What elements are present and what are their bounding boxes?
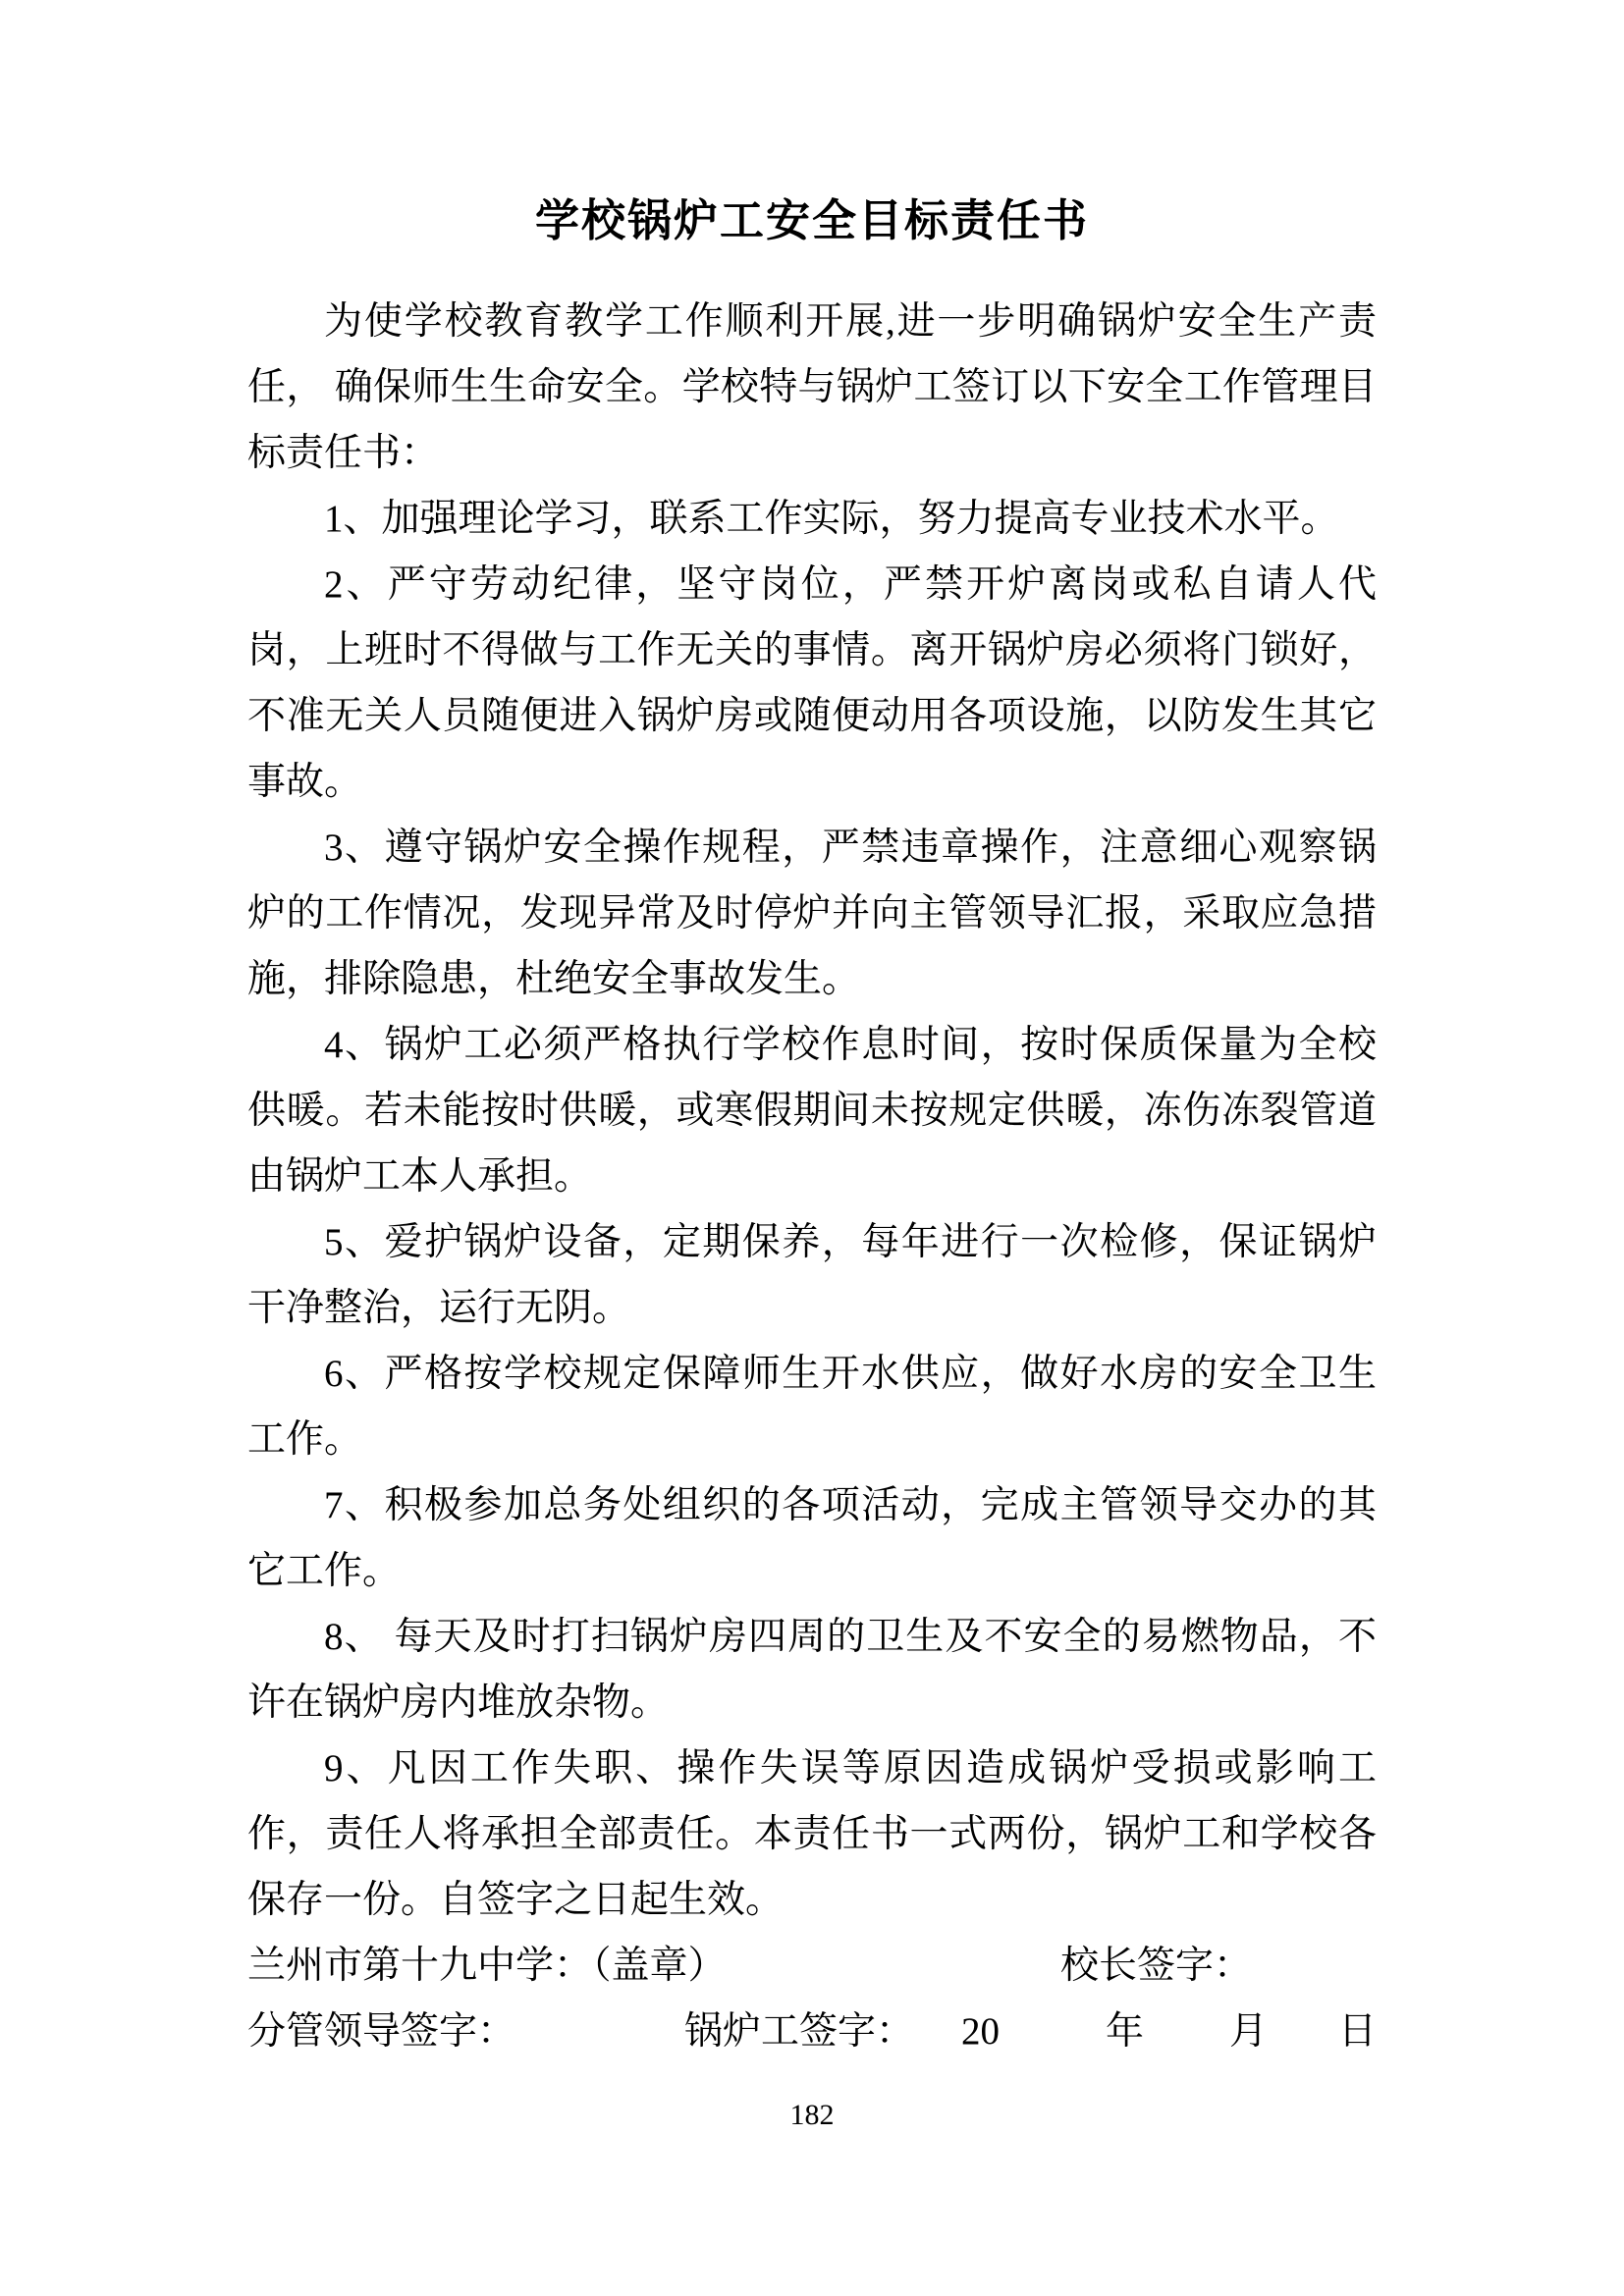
signature-year-prefix: 20 xyxy=(961,1999,1000,2064)
paragraph-item-6: 6、严格按学校规定保障师生开水供应，做好水房的安全卫生工作。 xyxy=(247,1341,1377,1472)
signature-school-label: 兰州市第十九中学：（盖章） xyxy=(247,1933,727,1999)
paragraph-item-9: 9、凡因工作失职、操作失误等原因造成锅炉受损或影响工作，责任人将承担全部责任。本… xyxy=(247,1735,1377,1933)
signature-row-signers: 分管领导签字： 锅炉工签字： 20 年 月 日 xyxy=(247,1999,1377,2064)
signature-worker-label: 锅炉工签字： xyxy=(684,1999,914,2064)
paragraph-item-4: 4、锅炉工必须严格执行学校作息时间，按时保质保量为全校供暖。若未能按时供暖，或寒… xyxy=(247,1012,1377,1209)
signature-row-school: 兰州市第十九中学：（盖章） 校长签字： xyxy=(247,1933,1377,1999)
signature-day-label: 日 xyxy=(1338,1999,1377,2064)
paragraph-item-7: 7、积极参加总务处组织的各项活动，完成主管领导交办的其它工作。 xyxy=(247,1472,1377,1604)
paragraph-item-1: 1、加强理论学习，联系工作实际，努力提高专业技术水平。 xyxy=(247,486,1377,552)
paragraph-item-5: 5、爱护锅炉设备，定期保养，每年进行一次检修，保证锅炉干净整治，运行无阴。 xyxy=(247,1209,1377,1341)
signature-principal-label: 校长签字： xyxy=(1060,1933,1252,1999)
signature-month-label: 月 xyxy=(1229,1999,1268,2064)
paragraph-item-2: 2、严守劳动纪律，坚守岗位，严禁开炉离岗或私自请人代岗，上班时不得做与工作无关的… xyxy=(247,552,1377,815)
signature-year-label: 年 xyxy=(1106,1999,1144,2064)
page-number: 182 xyxy=(0,2098,1624,2133)
signature-leader-label: 分管领导签字： xyxy=(247,1999,515,2064)
paragraph-intro: 为使学校教育教学工作顺利开展,进一步明确锅炉安全生产责任， 确保师生生命安全。学… xyxy=(247,289,1377,486)
document-title: 学校锅炉工安全目标责任书 xyxy=(247,192,1377,249)
paragraph-item-3: 3、遵守锅炉安全操作规程，严禁违章操作，注意细心观察锅炉的工作情况，发现异常及时… xyxy=(247,815,1377,1012)
document-page: 学校锅炉工安全目标责任书 为使学校教育教学工作顺利开展,进一步明确锅炉安全生产责… xyxy=(0,0,1624,2296)
paragraph-item-8: 8、 每天及时打扫锅炉房四周的卫生及不安全的易燃物品，不许在锅炉房内堆放杂物。 xyxy=(247,1604,1377,1735)
